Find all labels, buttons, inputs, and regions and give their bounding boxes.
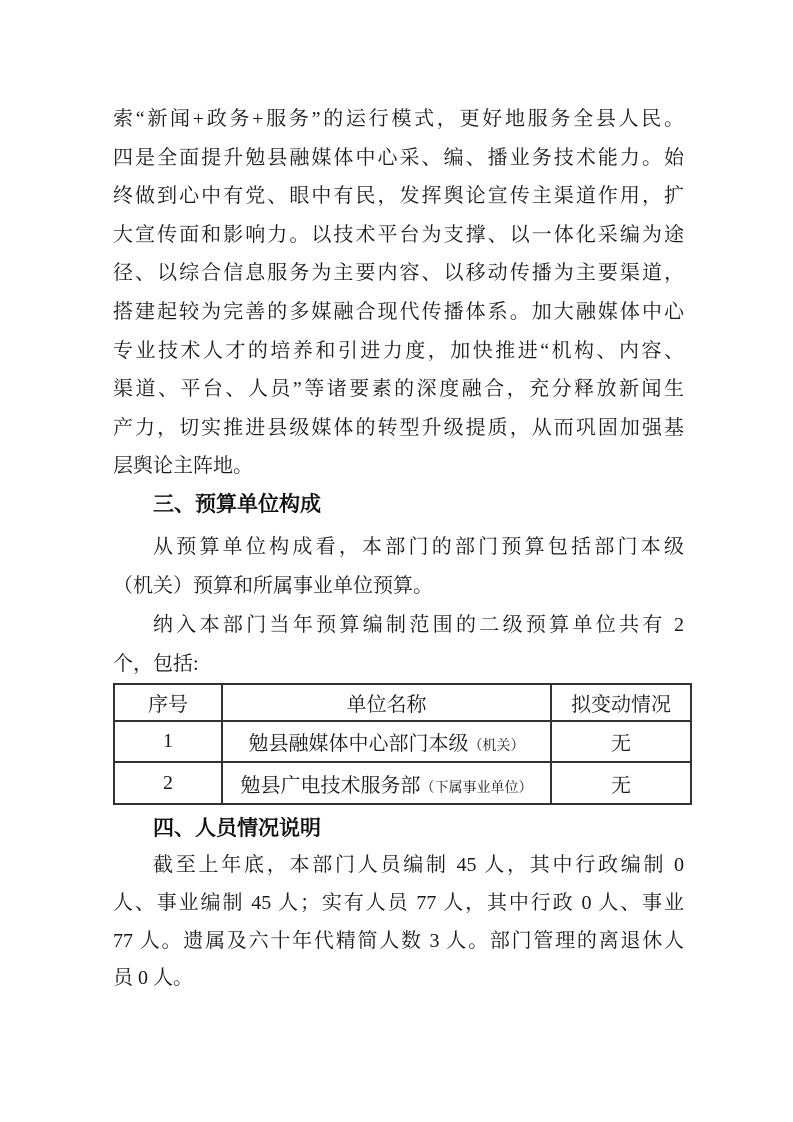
paragraph-line: 人、事业编制 45 人；实有人员 77 人，其中行政 0 人、事业 (113, 885, 684, 923)
section-heading-personnel: 四、人员情况说明 (113, 810, 684, 849)
paragraph-line: 大宣传面和影响力。以技术平台为支撑、以一体化采编为途 (113, 216, 684, 255)
table-row: 2 勉县广电技术服务部（下属事业单位） 无 (114, 762, 691, 804)
paragraph-line: 层舆论主阵地。 (113, 447, 684, 486)
paragraph-line: 四是全面提升勉县融媒体中心采、编、播业务技术能力。始 (113, 139, 684, 178)
paragraph-line: 截至上年底，本部门人员编制 45 人，其中行政编制 0 (113, 847, 684, 885)
table-cell-change: 无 (551, 721, 691, 762)
table-cell-change: 无 (551, 762, 691, 804)
paragraph-line: 搭建起较为完善的多媒融合现代传播体系。加大融媒体中心 (113, 293, 684, 332)
paragraph-personnel: 截至上年底，本部门人员编制 45 人，其中行政编制 0 人、事业编制 45 人；… (113, 847, 684, 998)
unit-name-text: 勉县广电技术服务部 (241, 775, 421, 797)
paragraph-line: 终做到心中有党、眼中有民，发挥舆论宣传主渠道作用，扩 (113, 177, 684, 216)
table-row: 1 勉县融媒体中心部门本级（机关） 无 (114, 721, 691, 762)
table-header-unit-name: 单位名称 (222, 684, 551, 721)
paragraph-line: 渠道、平台、人员”等诸要素的深度融合，充分释放新闻生 (113, 370, 684, 409)
paragraph-line: （机关）预算和所属事业单位预算。 (113, 567, 684, 606)
paragraph-line: 索“新闻+政务+服务”的运行模式，更好地服务全县人民。 (113, 100, 684, 139)
budget-units-table: 序号 单位名称 拟变动情况 1 勉县融媒体中心部门本级（机关） 无 2 勉县广电… (113, 683, 692, 805)
paragraph-secondary-units: 纳入本部门当年预算编制范围的二级预算单位共有 2 个，包括: (113, 606, 684, 683)
paragraph-line: 从预算单位构成看，本部门的部门预算包括部门本级 (113, 528, 684, 567)
unit-name-text: 勉县融媒体中心部门本级 (249, 733, 469, 755)
table-cell-unit-name: 勉县融媒体中心部门本级（机关） (222, 721, 551, 762)
table-cell-unit-name: 勉县广电技术服务部（下属事业单位） (222, 762, 551, 804)
unit-name-note: （下属事业单位） (421, 781, 533, 796)
paragraph-budget-composition: 从预算单位构成看，本部门的部门预算包括部门本级 （机关）预算和所属事业单位预算。 (113, 528, 684, 605)
paragraph-line: 产力，切实推进县级媒体的转型升级提质，从而巩固加强基 (113, 409, 684, 448)
paragraph-line: 径、以综合信息服务为主要内容、以移动传播为主要渠道， (113, 254, 684, 293)
section-heading-budget-units: 三、预算单位构成 (113, 486, 684, 525)
paragraph-line: 专业技术人才的培养和引进力度，加快推进“机构、内容、 (113, 332, 684, 371)
table-header-row: 序号 单位名称 拟变动情况 (114, 684, 691, 721)
paragraph-line: 个，包括: (113, 645, 684, 684)
table-header-seq: 序号 (114, 684, 222, 721)
table-cell-seq: 2 (114, 762, 222, 804)
paragraph-line: 纳入本部门当年预算编制范围的二级预算单位共有 2 (113, 606, 684, 645)
paragraph-line: 77 人。遗属及六十年代精简人数 3 人。部门管理的离退休人 (113, 923, 684, 961)
paragraph-line: 员 0 人。 (113, 960, 684, 998)
unit-name-note: （机关） (469, 739, 525, 754)
paragraph-media-strategy: 索“新闻+政务+服务”的运行模式，更好地服务全县人民。 四是全面提升勉县融媒体中… (113, 100, 684, 486)
table-cell-seq: 1 (114, 721, 222, 762)
table-header-change: 拟变动情况 (551, 684, 691, 721)
document-page: 索“新闻+政务+服务”的运行模式，更好地服务全县人民。 四是全面提升勉县融媒体中… (0, 0, 793, 1122)
